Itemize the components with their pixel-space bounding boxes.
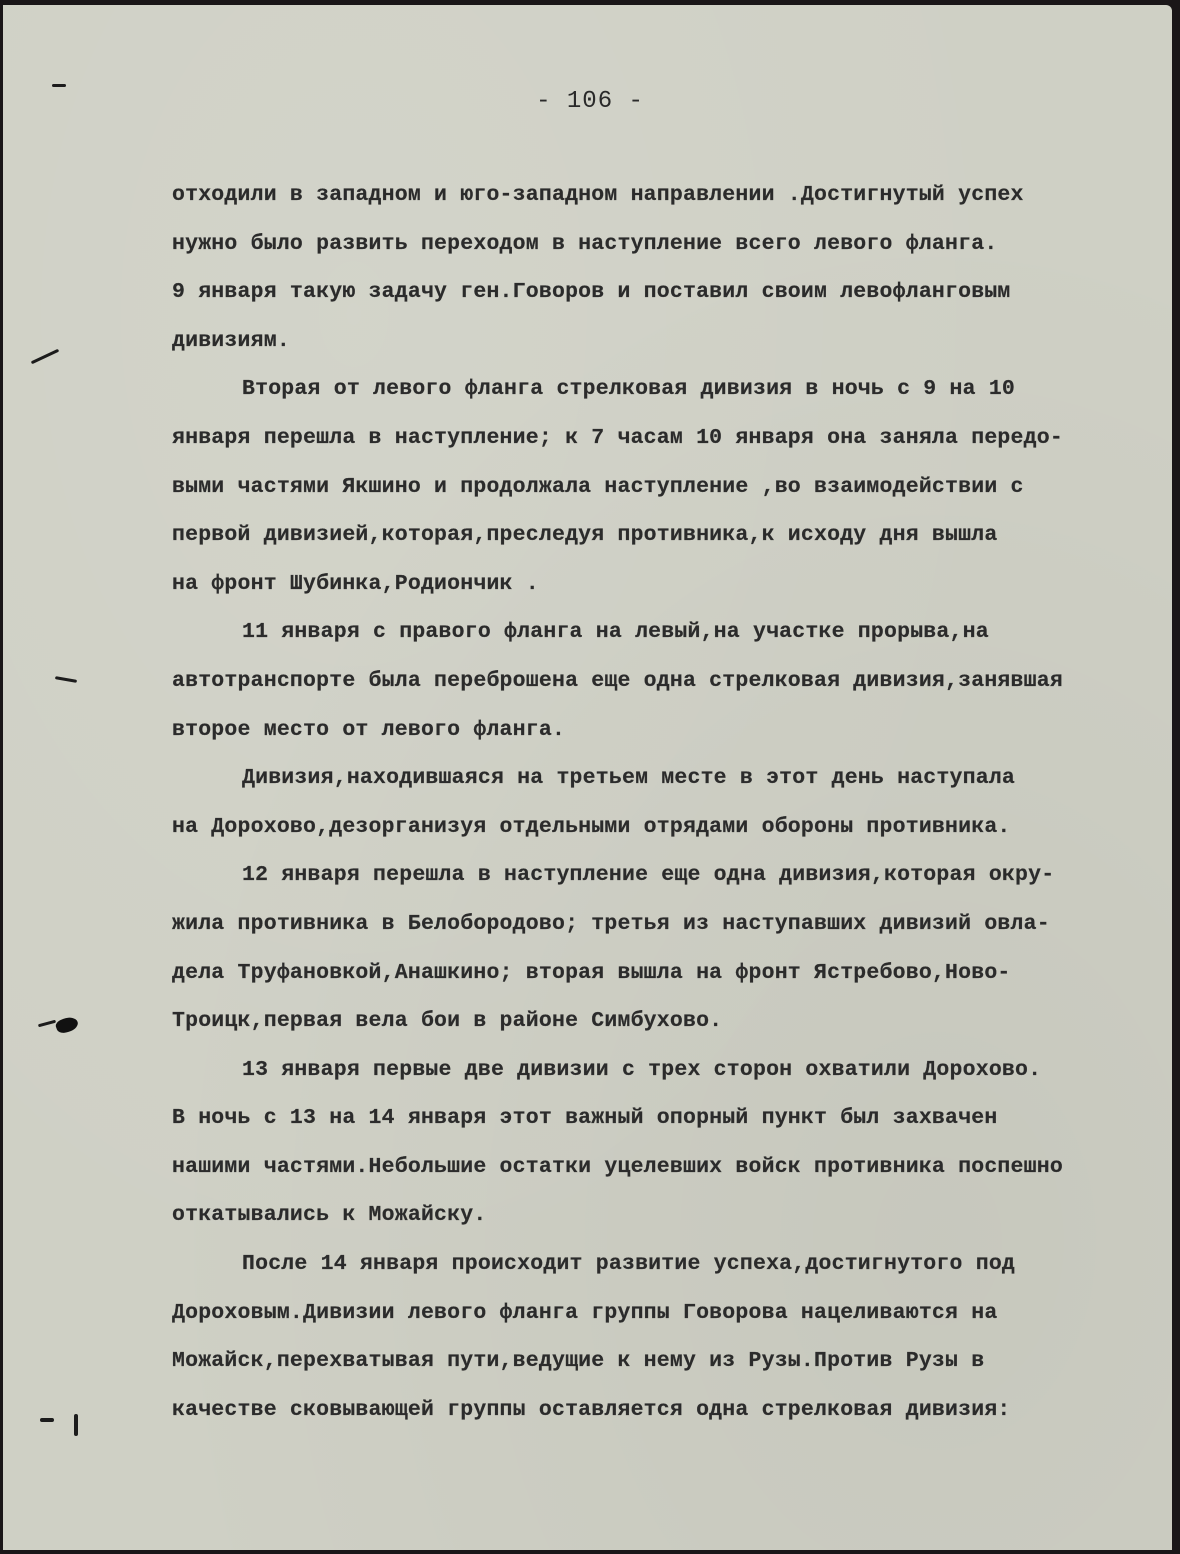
text-line: Дороховым.Дивизии левого фланга группы Г… — [172, 1296, 1063, 1345]
text-line: После 14 января происходит развитие успе… — [172, 1247, 1063, 1296]
text-line: 13 января первые две дивизии с трех стор… — [172, 1053, 1063, 1102]
document-body: отходили в западном и юго-западном напра… — [172, 178, 1063, 1441]
text-line: В ночь с 13 на 14 января этот важный опо… — [172, 1101, 1063, 1150]
text-line: нужно было развить переходом в наступлен… — [172, 227, 1063, 276]
text-line: на фронт Шубинка,Родиончик . — [172, 567, 1063, 616]
text-line: дела Труфановкой,Анашкино; вторая вышла … — [172, 956, 1063, 1005]
text-line: качестве сковывающей группы оставляется … — [172, 1393, 1063, 1442]
text-line: второе место от левого фланга. — [172, 713, 1063, 762]
text-line: нашими частями.Небольшие остатки уцелевш… — [172, 1150, 1063, 1199]
paragraph: отходили в западном и юго-западном напра… — [172, 178, 1063, 372]
text-line: откатывались к Можайску. — [172, 1198, 1063, 1247]
text-line: отходили в западном и юго-западном напра… — [172, 178, 1063, 227]
text-line: 11 января с правого фланга на левый,на у… — [172, 615, 1063, 664]
text-line: января перешла в наступление; к 7 часам … — [172, 421, 1063, 470]
text-line: Дивизия,находившаяся на третьем месте в … — [172, 761, 1063, 810]
text-line: выми частями Якшино и продолжала наступл… — [172, 470, 1063, 519]
binding-hole-mark-icon — [74, 1414, 78, 1436]
page-number: - 106 - — [0, 88, 1180, 115]
text-line: Троицк,первая вела бои в районе Симбухов… — [172, 1004, 1063, 1053]
text-line: Вторая от левого фланга стрелковая дивиз… — [172, 372, 1063, 421]
text-line: дивизиям. — [172, 324, 1063, 373]
paragraph: 11 января с правого фланга на левый,на у… — [172, 615, 1063, 761]
text-line: жила противника в Белобородово; третья и… — [172, 907, 1063, 956]
text-line: автотранспорте была переброшена еще одна… — [172, 664, 1063, 713]
binding-hole-mark-icon — [40, 1418, 54, 1422]
binding-hole-mark-icon — [52, 84, 66, 87]
text-line: на Дорохово,дезорганизуя отдельными отря… — [172, 810, 1063, 859]
paragraph: После 14 января происходит развитие успе… — [172, 1247, 1063, 1441]
paragraph: Дивизия,находившаяся на третьем месте в … — [172, 761, 1063, 858]
paragraph: Вторая от левого фланга стрелковая дивиз… — [172, 372, 1063, 615]
text-line: 12 января перешла в наступление еще одна… — [172, 858, 1063, 907]
text-line: Можайск,перехватывая пути,ведущие к нему… — [172, 1344, 1063, 1393]
text-line: первой дивизией,которая,преследуя против… — [172, 518, 1063, 567]
paragraph: 13 января первые две дивизии с трех стор… — [172, 1053, 1063, 1247]
paragraph: 12 января перешла в наступление еще одна… — [172, 858, 1063, 1052]
text-line: 9 января такую задачу ген.Говоров и пост… — [172, 275, 1063, 324]
